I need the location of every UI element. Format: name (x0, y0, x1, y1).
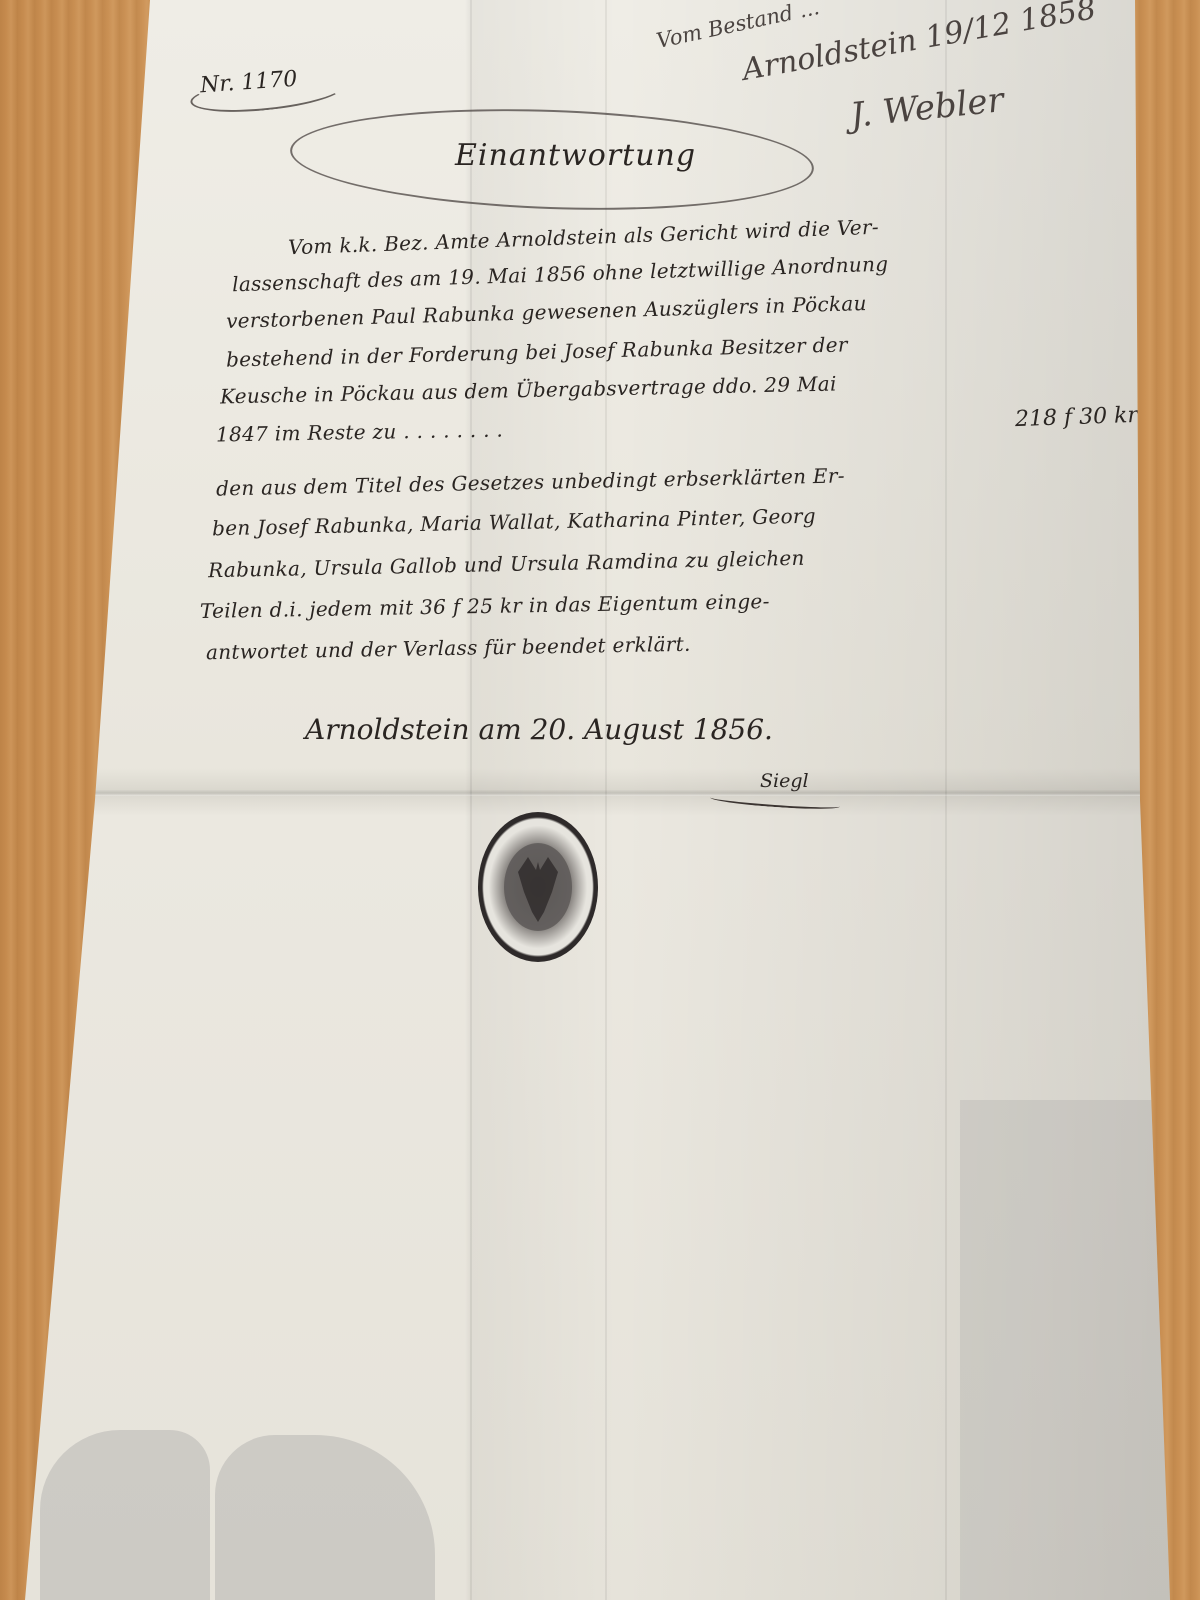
body-line: Vom k.k. Bez. Amte Arnoldstein als Geric… (288, 215, 879, 260)
vertical-fold (945, 0, 947, 1600)
body-line: verstorbenen Paul Rabunka gewesenen Ausz… (226, 291, 867, 333)
place-and-date: Arnoldstein am 20. August 1856. (305, 713, 773, 746)
double-headed-eagle-icon (478, 812, 598, 962)
body-line: den aus dem Titel des Gesetzes unbedingt… (216, 463, 845, 500)
body-line: Teilen d.i. jedem mit 36 f 25 kr in das … (200, 589, 770, 623)
margin-note-signature: J. Webler (848, 80, 1005, 136)
hand-shadow (215, 1435, 435, 1600)
document-title: Einantwortung (455, 138, 696, 173)
official-seal (478, 812, 598, 962)
body-line: bestehend in der Forderung bei Josef Rab… (226, 332, 848, 371)
hand-shadow (40, 1430, 210, 1600)
body-line: antwortet und der Verlass für beendet er… (206, 632, 691, 664)
body-line: ben Josef Rabunka, Maria Wallat, Kathari… (212, 504, 816, 541)
body-line: Rabunka, Ursula Gallob und Ursula Ramdin… (208, 546, 805, 582)
document-paper: Nr. 1170 Vom Bestand ... Arnoldstein 19/… (0, 0, 1200, 1600)
shadow (960, 1100, 1170, 1600)
official-signature: Siegl (760, 770, 809, 792)
total-amount: 218 f 30 kr (1015, 403, 1139, 432)
body-line: 1847 im Reste zu . . . . . . . . (216, 417, 503, 446)
body-line: lassenschaft des am 19. Mai 1856 ohne le… (232, 252, 889, 297)
body-line: Keusche in Pöckau aus dem Übergabsvertra… (220, 372, 837, 409)
horizontal-fold (0, 790, 1200, 796)
